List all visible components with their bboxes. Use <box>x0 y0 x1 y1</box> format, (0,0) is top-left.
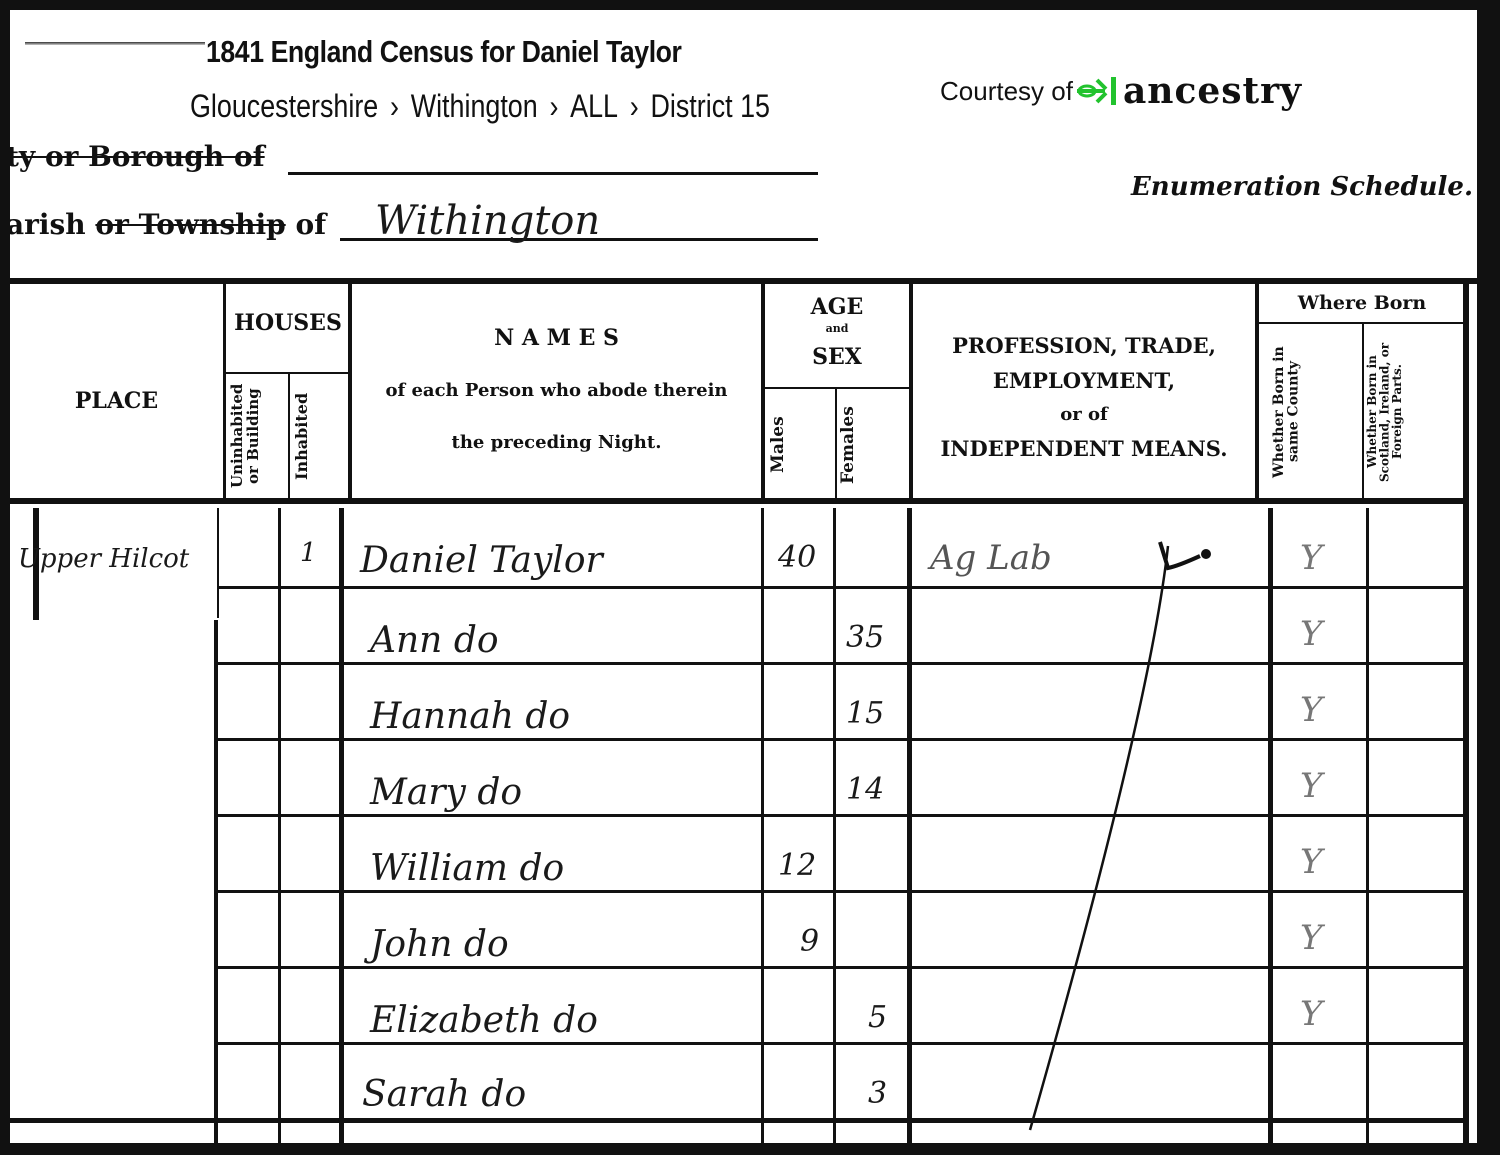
header-age: AGE <box>765 294 909 320</box>
schedule-title: Enumeration Schedule. <box>1131 172 1473 202</box>
row-line <box>218 814 1468 817</box>
inhabited-value: 1 <box>300 538 317 568</box>
header-males: Males <box>770 395 832 495</box>
divider <box>1255 282 1259 500</box>
person-name: Ann do <box>370 620 499 661</box>
header-names-title: N A M E S <box>352 325 761 351</box>
divider <box>217 508 219 618</box>
divider <box>214 620 218 1143</box>
person-name: Elizabeth do <box>370 1000 598 1041</box>
header-profession-2: EMPLOYMENT, <box>913 368 1255 393</box>
person-name: Mary do <box>370 772 522 813</box>
male-age: 9 <box>800 924 819 959</box>
page-title: 1841 England Census for Daniel Taylor <box>206 34 681 70</box>
header-females: Females <box>840 395 906 495</box>
female-age: 5 <box>868 1000 887 1035</box>
page-edge-rule <box>25 42 205 45</box>
divider <box>763 387 911 389</box>
courtesy-label: Courtesy of <box>940 76 1073 107</box>
divider <box>224 372 348 374</box>
header-profession-3: or of <box>913 404 1255 425</box>
chevron-right-icon: › <box>630 88 639 124</box>
person-name: Daniel Taylor <box>360 540 603 581</box>
person-name: Hannah do <box>370 696 570 737</box>
row-line <box>218 662 1468 665</box>
female-age: 14 <box>846 772 884 807</box>
parish-value: Withington <box>375 198 600 244</box>
divider <box>1257 322 1465 324</box>
header-houses: HOUSES <box>226 310 350 336</box>
parish-label-prefix: arish <box>10 208 86 241</box>
parish-label-suffix: of <box>295 208 326 241</box>
ancestry-leaf-logo-icon <box>1075 76 1121 106</box>
divider <box>1362 323 1364 500</box>
chevron-right-icon: › <box>549 88 558 124</box>
divider <box>1366 508 1369 1143</box>
person-name: Sarah do <box>362 1074 526 1115</box>
header-names-line2: the preceding Night. <box>352 432 761 453</box>
divider <box>278 508 281 1143</box>
borough-label: ty or Borough of <box>10 140 265 173</box>
male-age: 12 <box>778 848 816 883</box>
row-line <box>218 586 1468 589</box>
parish-label: arish or Township of <box>10 208 326 241</box>
divider <box>761 508 764 1143</box>
header-scotland: Whether Born in Scotland, Ireland, or Fo… <box>1366 328 1462 496</box>
divider <box>835 388 837 500</box>
ancestry-brand[interactable]: ancestry <box>1123 70 1302 112</box>
same-county: Y <box>1300 766 1322 806</box>
header-profession-4: INDEPENDENT MEANS. <box>913 436 1255 461</box>
female-age: 35 <box>846 620 884 655</box>
row-line <box>218 966 1468 969</box>
borough-rule <box>288 172 818 175</box>
divider <box>288 374 290 500</box>
header-profession-1: PROFESSION, TRADE, <box>913 333 1255 358</box>
header-inhabited: Inhabited <box>294 376 344 496</box>
same-county: Y <box>1300 538 1322 578</box>
divider <box>339 508 344 1143</box>
same-county: Y <box>1300 614 1322 654</box>
person-name: John do <box>370 924 509 965</box>
breadcrumb-parish[interactable]: Withington <box>411 88 538 124</box>
parish-label-struck: or Township <box>95 208 285 241</box>
breadcrumb: Gloucestershire›Withington›ALL›District … <box>190 88 770 125</box>
census-page: 1841 England Census for Daniel Taylor Gl… <box>10 10 1477 1143</box>
header-place: PLACE <box>10 388 223 414</box>
header-bottom-border <box>10 498 1468 504</box>
same-county: Y <box>1300 842 1322 882</box>
row-line <box>218 1042 1468 1045</box>
profession: Ag Lab <box>930 538 1052 578</box>
breadcrumb-all[interactable]: ALL <box>570 88 618 124</box>
breadcrumb-district[interactable]: District 15 <box>650 88 769 124</box>
ancestry-credit: Courtesy of ancestry <box>940 70 1302 112</box>
header-uninhabited: Uninhabited or Building <box>230 376 286 496</box>
ditto-stroke <box>910 510 1270 1143</box>
divider <box>833 508 836 1143</box>
female-age: 3 <box>868 1076 887 1111</box>
header-age-and: and <box>765 322 909 335</box>
header-names-line1: of each Person who abode therein <box>352 380 761 401</box>
place-value: Upper Hilcot <box>18 544 189 574</box>
male-age: 40 <box>778 540 816 575</box>
same-county: Y <box>1300 918 1322 958</box>
same-county: Y <box>1300 994 1322 1034</box>
breadcrumb-county[interactable]: Gloucestershire <box>190 88 378 124</box>
same-county: Y <box>1300 690 1322 730</box>
header-sex: SEX <box>765 344 909 370</box>
chevron-right-icon: › <box>390 88 399 124</box>
female-age: 15 <box>846 696 884 731</box>
header-same-county: Whether Born in same County <box>1272 328 1352 496</box>
row-line <box>218 738 1468 741</box>
person-name: William do <box>370 848 564 889</box>
table-right-border <box>1463 278 1469 1143</box>
row-line <box>218 890 1468 893</box>
header-where-born: Where Born <box>1259 292 1465 314</box>
